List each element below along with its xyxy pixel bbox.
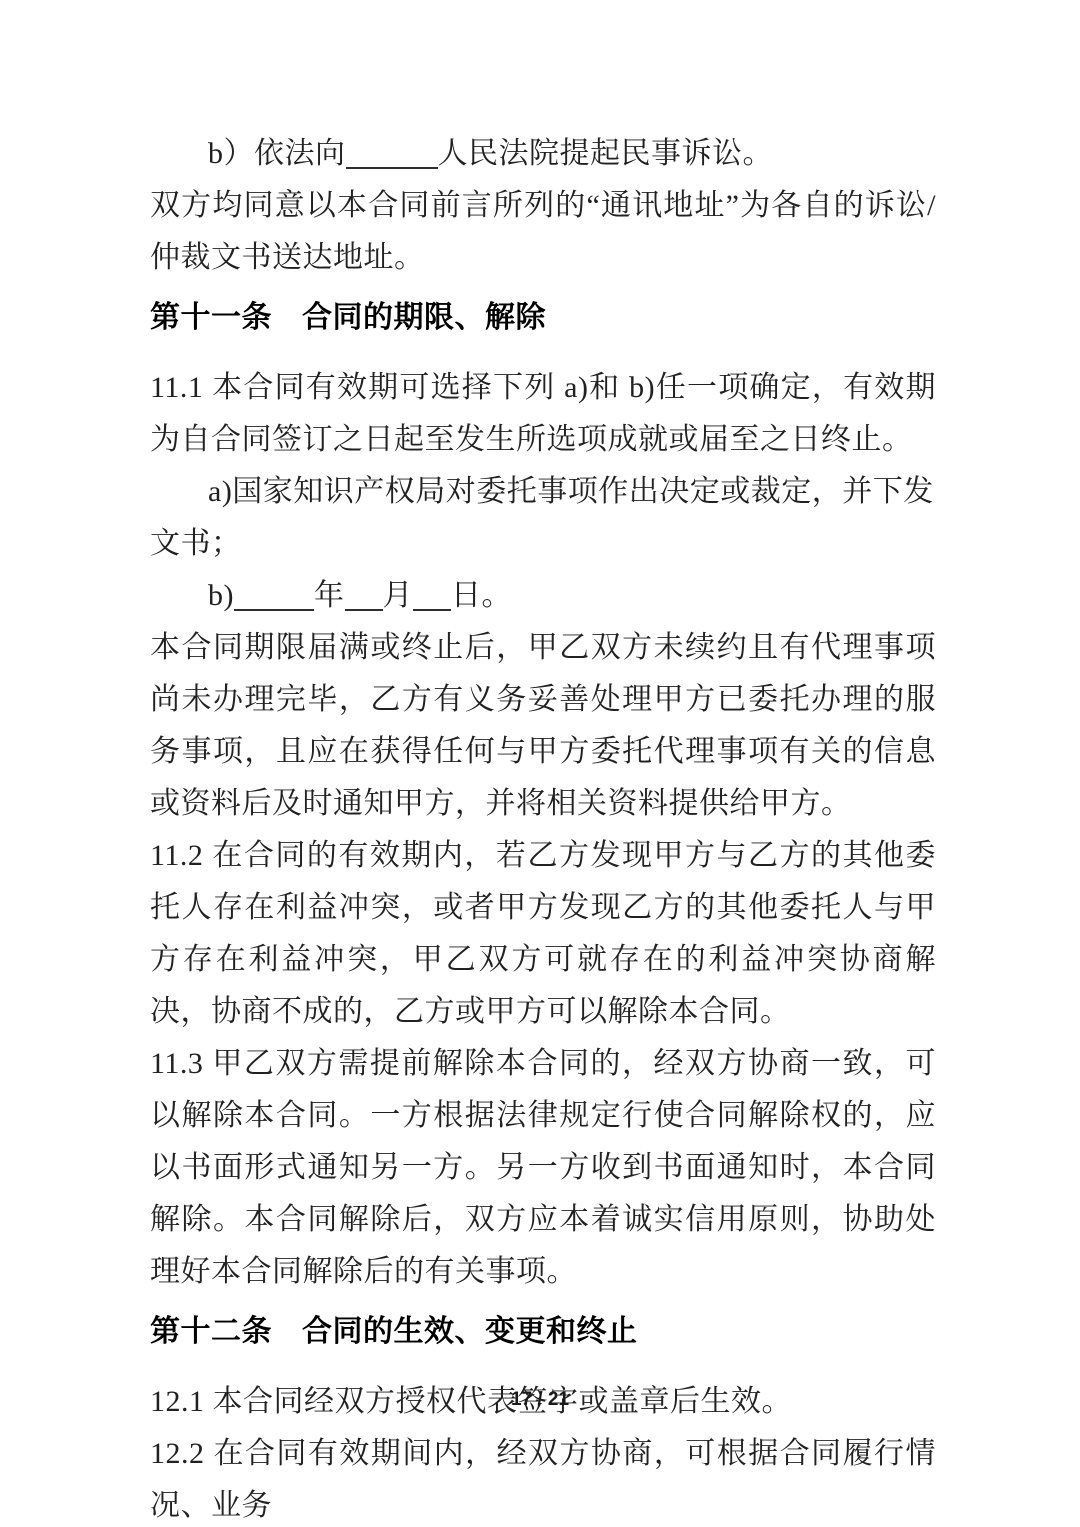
article-11-title: 合同的期限、解除	[302, 301, 546, 334]
option-a-line: a)国家知识产权局对委托事项作出决定或裁定，并下发文书；	[150, 466, 936, 570]
clause-11-1-paragraph: 11.1 本合同有效期可选择下列 a)和 b)任一项确定，有效期为自合同签订之日…	[150, 362, 936, 466]
service-address-paragraph: 双方均同意以本合同前言所列的“通讯地址”为各自的诉讼/仲裁文书送达地址。	[150, 180, 936, 284]
month-label: 月	[383, 579, 414, 612]
clause-11-3-paragraph: 11.3 甲乙双方需提前解除本合同的，经双方协商一致，可以解除本合同。一方根据法…	[150, 1038, 936, 1298]
day-label: 日。	[451, 579, 512, 612]
article-12-heading: 第十二条合同的生效、变更和终止	[150, 1306, 936, 1358]
document-body: b）依法向人民法院提起民事诉讼。 双方均同意以本合同前言所列的“通讯地址”为各自…	[150, 128, 936, 1527]
blank-month	[345, 601, 383, 611]
clause-12-2-paragraph: 12.2 在合同有效期间内，经双方协商，可根据合同履行情况、业务	[150, 1428, 936, 1527]
clause-11-2-paragraph: 11.2 在合同的有效期内，若乙方发现甲方与乙方的其他委托人存在利益冲突，或者甲…	[150, 830, 936, 1038]
article-12-number: 第十二条	[150, 1315, 272, 1348]
page-number: 17 / 21	[0, 1389, 1080, 1411]
litigation-option-suffix: 人民法院提起民事诉讼。	[438, 137, 774, 170]
option-b-prefix: b)	[208, 579, 234, 612]
blank-year	[234, 601, 314, 611]
article-12-title: 合同的生效、变更和终止	[302, 1315, 638, 1348]
article-11-number: 第十一条	[150, 301, 272, 334]
year-label: 年	[314, 579, 345, 612]
expiry-paragraph: 本合同期限届满或终止后，甲乙双方未续约且有代理事项尚未办理完毕，乙方有义务妥善处…	[150, 622, 936, 830]
blank-day	[413, 601, 451, 611]
option-b-date-line: b)年月日。	[150, 570, 936, 622]
article-11-heading: 第十一条合同的期限、解除	[150, 292, 936, 344]
litigation-option-prefix: b）依法向	[208, 137, 346, 170]
blank-court-name	[346, 159, 438, 169]
litigation-option-line: b）依法向人民法院提起民事诉讼。	[150, 128, 936, 180]
